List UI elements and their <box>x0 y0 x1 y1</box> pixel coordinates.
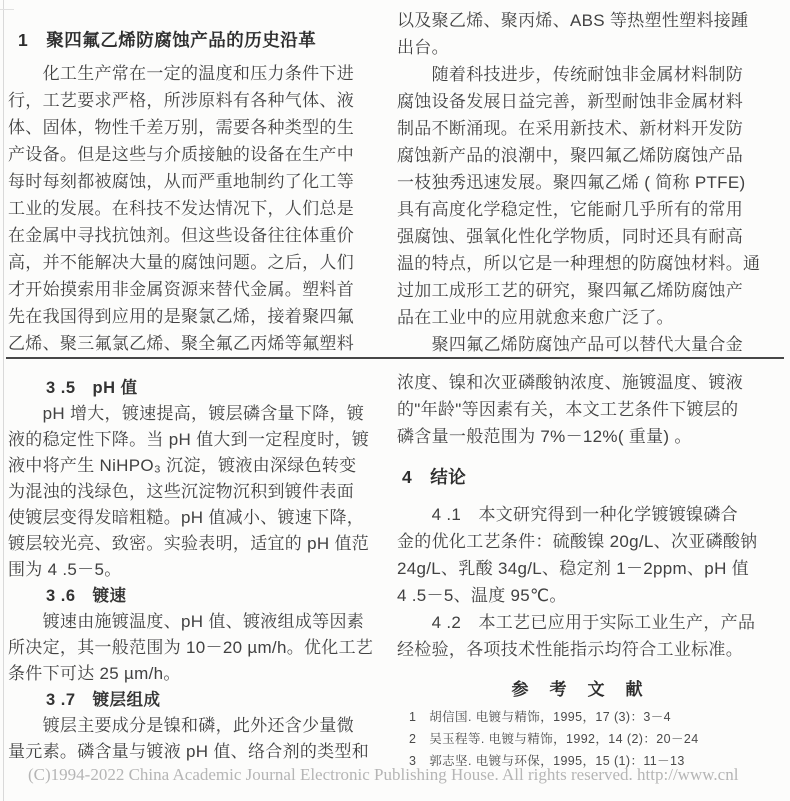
text-line: 体、固体，物性千差万别，需要各种类型的生 <box>8 114 354 141</box>
section-4-1-paragraph: 4 .1 本文研究得到一种化学镀镀镍磷合金的优化工艺条件：硫酸镍 20g/L、次… <box>397 501 757 609</box>
section-1-paragraph-continued: 以及聚乙烯、聚丙烯、ABS 等热塑性塑料接踵出台。 随着科技进步，传统耐蚀非金属… <box>397 7 760 358</box>
text-line: 2 吴玉程等. 电镀与精饰，1992，14 (2)：20－24 <box>397 728 699 750</box>
text-line: 经检验，各项技术性能指示均符合工业标准。 <box>397 636 755 663</box>
section-3-5-heading: 3 .5 pH 值 <box>8 375 373 401</box>
text-line: 以及聚乙烯、聚丙烯、ABS 等热塑性塑料接踵 <box>397 7 760 34</box>
text-line: 条件下可达 25 µm/h。 <box>8 661 373 687</box>
text-line: 磷含量一般范围为 7%－12%( 重量) 。 <box>397 423 743 450</box>
copyright-watermark: (C)1994-2022 China Academic Journal Elec… <box>28 764 790 786</box>
text-line: 一枝独秀迅速发展。聚四氟乙烯 ( 简称 PTFE) <box>397 169 760 196</box>
page-fragment-divider <box>6 357 784 359</box>
text-line: 的"年龄"等因素有关，本文工艺条件下镀层的 <box>397 396 743 423</box>
text-line: 使镀层变得发暗粗糙。pH 值减小、镀速下降， <box>8 505 373 531</box>
text-line: 浓度、镍和次亚磷酸钠浓度、施镀温度、镀液 <box>397 369 743 396</box>
text-line: 温的特点，所以它是一种理想的防腐蚀材料。通 <box>397 250 760 277</box>
text-line: 液的稳定性下降。当 pH 值大到一定程度时，镀 <box>8 427 373 453</box>
text-line: 4 .5－5、温度 95℃。 <box>397 582 757 609</box>
text-line: 24g/L、乳酸 34g/L、稳定剂 1－2ppm、pH 值 <box>397 555 757 582</box>
scan-edge-left <box>3 0 4 801</box>
text-line: 化工生产常在一定的温度和压力条件下进 <box>8 60 354 87</box>
text-line: 先在我国得到应用的是聚氯乙烯，接着聚四氟 <box>8 303 354 330</box>
text-line: 腐蚀设备发展日益完善，新型耐蚀非金属材料 <box>397 88 760 115</box>
text-line: 产设备。但是这些与介质接触的设备在生产中 <box>8 141 354 168</box>
section-3-6-paragraph: 镀速由施镀温度、pH 值、镀液组成等因素所决定，其一般范围为 10－20 µm/… <box>8 609 373 687</box>
bottom-left-flow: 3 .5 pH 值 pH 增大，镀速提高，镀层磷含量下降，镀液的稳定性下降。当 … <box>8 375 373 765</box>
text-line: 1 胡信国. 电镀与精饰，1995，17 (3)：3－4 <box>397 706 699 728</box>
section-3-7-paragraph-continued: 浓度、镍和次亚磷酸钠浓度、施镀温度、镀液的"年龄"等因素有关，本文工艺条件下镀层… <box>397 369 743 450</box>
section-4-heading: 4 结论 <box>397 464 466 490</box>
text-line: 随着科技进步，传统耐蚀非金属材料制防 <box>397 61 760 88</box>
section-3-5-paragraph: pH 增大，镀速提高，镀层磷含量下降，镀液的稳定性下降。当 pH 值大到一定程度… <box>8 401 373 583</box>
text-line: 所决定，其一般范围为 10－20 µm/h。优化工艺 <box>8 635 373 661</box>
text-line: pH 增大，镀速提高，镀层磷含量下降，镀 <box>8 401 373 427</box>
text-line: 高，并不能解决大量的腐蚀问题。之后，人们 <box>8 249 354 276</box>
section-3-7-paragraph: 镀层主要成分是镍和磷，此外还含少量微量元素。磷含量与镀液 pH 值、络合剂的类型… <box>8 713 373 765</box>
section-4-2-paragraph: 4 .2 本工艺已应用于实际工业生产，产品经检验，各项技术性能指示均符合工业标准… <box>397 609 755 663</box>
text-line: 乙烯、聚三氟氯乙烯、聚全氟乙丙烯等氟塑料 <box>8 330 354 357</box>
text-line: 强腐蚀、强氧化性化学物质，同时还具有耐高 <box>397 223 760 250</box>
section-3-6-heading: 3 .6 镀速 <box>8 583 373 609</box>
text-line: 4 .1 本文研究得到一种化学镀镀镍磷合 <box>397 501 757 528</box>
scanned-journal-page: 1 聚四氟乙烯防腐蚀产品的历史沿革 化工生产常在一定的温度和压力条件下进行，工艺… <box>0 0 790 801</box>
text-line: 镀层主要成分是镍和磷，此外还含少量微 <box>8 713 373 739</box>
text-line: 镀速由施镀温度、pH 值、镀液组成等因素 <box>8 609 373 635</box>
text-line: 制品不断涌现。在采用新技术、新材料开发防 <box>397 115 760 142</box>
section-1-paragraph: 化工生产常在一定的温度和压力条件下进行，工艺要求严格，所涉原料有各种气体、液体、… <box>8 60 354 357</box>
section-1-heading: 1 聚四氟乙烯防腐蚀产品的历史沿革 <box>8 28 316 52</box>
references-heading: 参 考 文 献 <box>397 678 759 702</box>
scan-edge-top <box>0 9 14 10</box>
text-line: 品在工业中的应用就愈来愈广泛了。 <box>397 304 760 331</box>
text-line: 金的优化工艺条件：硫酸镍 20g/L、次亚磷酸钠 <box>397 528 757 555</box>
text-line: 量元素。磷含量与镀液 pH 值、络合剂的类型和 <box>8 739 373 765</box>
text-line: 镀层较光亮、致密。实验表明，适宜的 pH 值范 <box>8 531 373 557</box>
text-line: 工业的发展。在科技不发达情况下，人们总是 <box>8 195 354 222</box>
text-line: 腐蚀新产品的浪潮中，聚四氟乙烯防腐蚀产品 <box>397 142 760 169</box>
text-line: 行，工艺要求严格，所涉原料有各种气体、液 <box>8 87 354 114</box>
section-3-7-heading: 3 .7 镀层组成 <box>8 687 373 713</box>
text-line: 才开始摸索用非金属资源来替代金属。塑料首 <box>8 276 354 303</box>
text-line: 过加工成形工艺的研究，聚四氟乙烯防腐蚀产 <box>397 277 760 304</box>
text-line: 在金属中寻找抗蚀剂。但这些设备往往体重价 <box>8 222 354 249</box>
text-line: 出台。 <box>397 34 760 61</box>
text-line: 液中将产生 NiHPO₃ 沉淀，镀液由深绿色转变 <box>8 453 373 479</box>
references-list: 1 胡信国. 电镀与精饰，1995，17 (3)：3－42 吴玉程等. 电镀与精… <box>397 706 699 772</box>
text-line: 为混浊的浅绿色，这些沉淀物沉积到镀件表面 <box>8 479 373 505</box>
text-line: 聚四氟乙烯防腐蚀产品可以替代大量合金 <box>397 331 760 358</box>
text-line: 围为 4 .5－5。 <box>8 557 373 583</box>
text-line: 具有高度化学稳定性，它能耐几乎所有的常用 <box>397 196 760 223</box>
text-line: 4 .2 本工艺已应用于实际工业生产，产品 <box>397 609 755 636</box>
text-line: 每时每刻都被腐蚀，从而严重地制约了化工等 <box>8 168 354 195</box>
